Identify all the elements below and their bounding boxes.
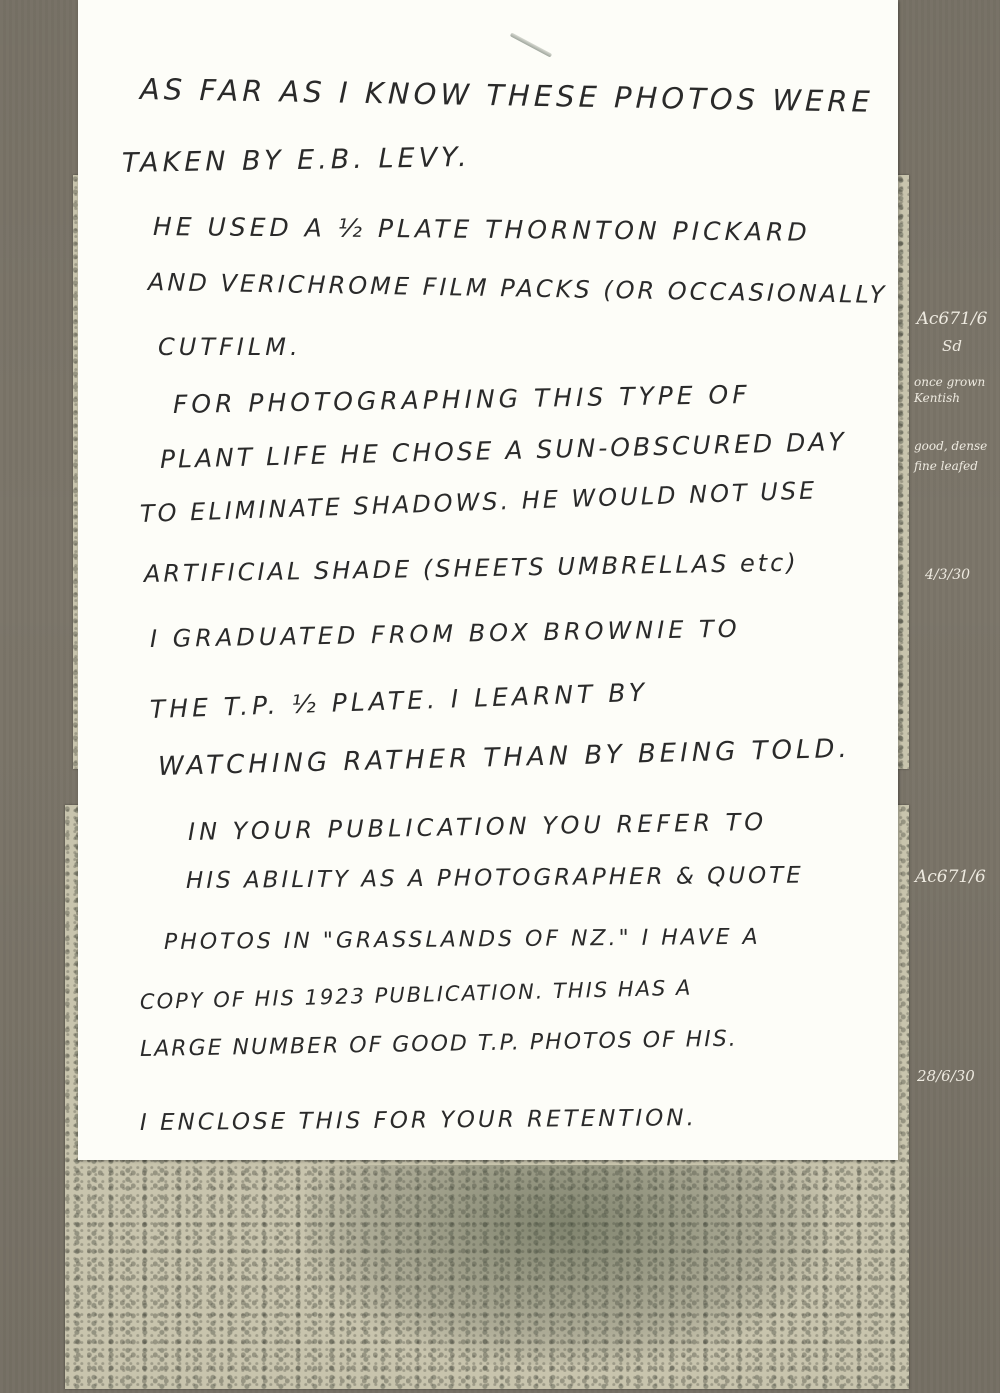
letter-line: FOR PHOTOGRAPHING THIS TYPE OF [173,380,751,419]
letter-line: CUTFILM. [158,333,302,361]
margin-note-line: fine leafed [914,460,978,474]
letter-line: I ENCLOSE THIS FOR YOUR RETENTION. [140,1105,697,1136]
margin-ref-bottom: Ac671/6 [915,868,986,888]
margin-note-line: good, dense [914,440,987,454]
letter-line: IN YOUR PUBLICATION YOU REFER TO [188,808,768,846]
letter-line: LARGE NUMBER OF GOOD T.P. PHOTOS OF HIS. [140,1027,738,1062]
handwritten-letter: AS FAR AS I KNOW THESE PHOTOS WERE TAKEN… [78,0,898,1160]
margin-date-top: 4/3/30 [925,567,970,583]
letter-line: PLANT LIFE HE CHOSE A SUN-OBSCURED DAY [160,427,847,474]
margin-ref-top: Ac671/6 [912,310,992,330]
letter-line: ARTIFICIAL SHADE (SHEETS UMBRELLAS etc) [144,549,799,588]
letter-line: PHOTOS IN "GRASSLANDS OF NZ." I HAVE A [164,925,761,955]
margin-date-bottom: 28/6/30 [917,1068,975,1085]
margin-note-line: once grown [914,376,985,390]
letter-line: HIS ABILITY AS A PHOTOGRAPHER & QUOTE [186,863,804,894]
letter-line: AND VERICHROME FILM PACKS (OR OCCASIONAL… [148,268,888,309]
clover-patch [305,1165,825,1365]
letter-line: TAKEN BY E.B. LEVY. [122,142,471,179]
letter-line: AS FAR AS I KNOW THESE PHOTOS WERE [140,72,874,119]
letter-line: I GRADUATED FROM BOX BROWNIE TO [150,615,741,653]
letter-line: TO ELIMINATE SHADOWS. HE WOULD NOT USE [140,476,818,528]
staple [510,32,552,57]
letter-line: WATCHING RATHER THAN BY BEING TOLD. [158,734,852,782]
letter-line: THE T.P. ½ PLATE. I LEARNT BY [149,678,648,724]
margin-code-top: Sd [912,338,992,355]
margin-note-line: Kentish [914,392,960,406]
letter-line: HE USED A ½ PLATE THORNTON PICKARD [153,212,811,247]
letter-line: COPY OF HIS 1923 PUBLICATION. THIS HAS A [140,976,693,1014]
